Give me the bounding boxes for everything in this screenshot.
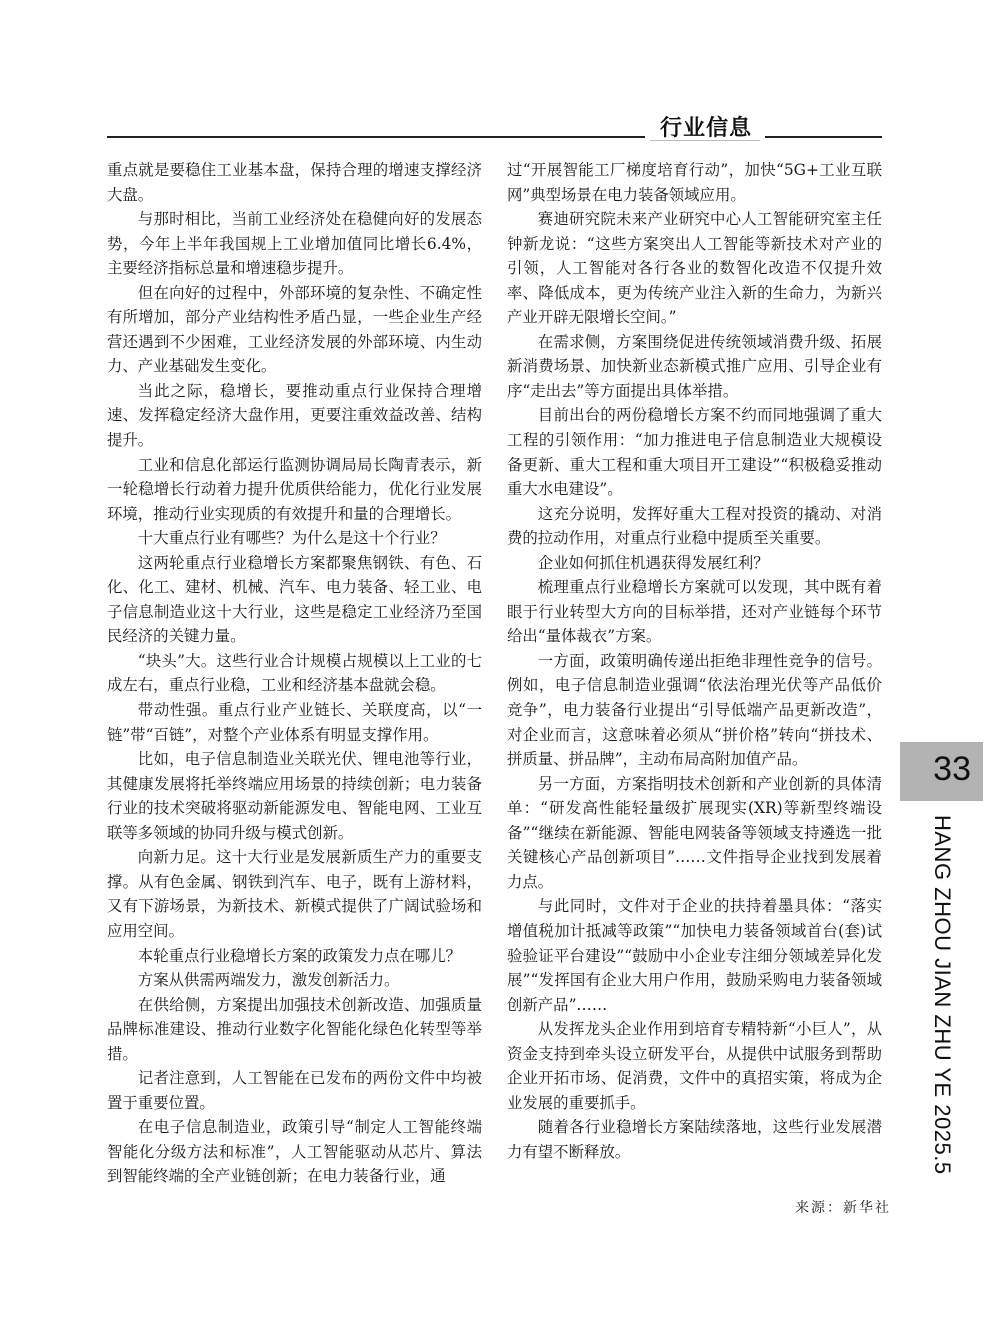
header-title-underline bbox=[650, 140, 760, 141]
page-number: 33 bbox=[933, 750, 971, 789]
article-paragraph: 工业和信息化部运行监测协调局局长陶青表示，新一轮稳增长行动着力提升优质供给能力，… bbox=[107, 453, 482, 527]
article-paragraph: 赛迪研究院未来产业研究中心人工智能研究室主任钟新龙说：“这些方案突出人工智能等新… bbox=[507, 207, 882, 330]
article-paragraph: 随着各行业稳增长方案陆续落地，这些行业发展潜力有望不断释放。 bbox=[507, 1115, 882, 1164]
article-paragraph: 在供给侧，方案提出加强技术创新改造、加强质量品牌标准建设、推动行业数字化智能化绿… bbox=[107, 993, 482, 1067]
article-paragraph: 记者注意到，人工智能在已发布的两份文件中均被置于重要位置。 bbox=[107, 1066, 482, 1115]
article-paragraph: 带动性强。重点行业产业链长、关联度高，以“一链”带“百链”，对整个产业体系有明显… bbox=[107, 698, 482, 747]
header-rule-left bbox=[107, 136, 645, 138]
article-paragraph: 当此之际，稳增长，要推动重点行业保持合理增速、发挥稳定经济大盘作用，更要注重效益… bbox=[107, 379, 482, 453]
article-column-right: 过“开展智能工厂梯度培育行动”，加快“5G+工业互联网”典型场景在电力装备领域应… bbox=[507, 158, 882, 1164]
article-column-left: 重点就是要稳住工业基本盘，保持合理的增速支撑经济大盘。与那时相比，当前工业经济处… bbox=[107, 158, 482, 1189]
header-rule-right bbox=[765, 136, 882, 138]
article-paragraph: 过“开展智能工厂梯度培育行动”，加快“5G+工业互联网”典型场景在电力装备领域应… bbox=[507, 158, 882, 207]
article-paragraph: 这两轮重点行业稳增长方案都聚焦钢铁、有色、石化、化工、建材、机械、汽车、电力装备… bbox=[107, 551, 482, 649]
article-paragraph: 梳理重点行业稳增长方案就可以发现，其中既有着眼于行业转型大方向的目标举措，还对产… bbox=[507, 575, 882, 649]
article-paragraph: 但在向好的过程中，外部环境的复杂性、不确定性有所增加，部分产业结构性矛盾凸显，一… bbox=[107, 281, 482, 379]
section-title: 行业信息 bbox=[660, 111, 752, 142]
article-paragraph: 另一方面，方案指明技术创新和产业创新的具体清单：“研发高性能轻量级扩展现实(XR… bbox=[507, 772, 882, 895]
article-paragraph: 这充分说明，发挥好重大工程对投资的撬动、对消费的拉动作用，对重点行业稳中提质至关… bbox=[507, 502, 882, 551]
article-source: 来源：新华社 bbox=[795, 1197, 891, 1217]
article-paragraph: 本轮重点行业稳增长方案的政策发力点在哪儿？ bbox=[107, 944, 482, 969]
article-paragraph: 目前出台的两份稳增长方案不约而同地强调了重大工程的引领作用：“加力推进电子信息制… bbox=[507, 403, 882, 501]
article-paragraph: “块头”大。这些行业合计规模占规模以上工业的七成左右，重点行业稳，工业和经济基本… bbox=[107, 649, 482, 698]
article-paragraph: 十大重点行业有哪些？为什么是这十个行业？ bbox=[107, 526, 482, 551]
article-paragraph: 从发挥龙头企业作用到培育专精特新“小巨人”，从资金支持到牵头设立研发平台，从提供… bbox=[507, 1017, 882, 1115]
article-paragraph: 在电子信息制造业，政策引导“制定人工智能终端智能化分级方法和标准”，人工智能驱动… bbox=[107, 1115, 482, 1189]
article-paragraph: 比如，电子信息制造业关联光伏、锂电池等行业，其健康发展将托举终端应用场景的持续创… bbox=[107, 747, 482, 845]
article-paragraph: 企业如何抓住机遇获得发展红利？ bbox=[507, 551, 882, 576]
magazine-title-vertical: HANG ZHOU JIAN ZHU YE 2025.5 bbox=[925, 815, 955, 1175]
article-paragraph: 与此同时，文件对于企业的扶持着墨具体：“落实增值税加计抵减等政策”“加快电力装备… bbox=[507, 894, 882, 1017]
article-paragraph: 方案从供需两端发力，激发创新活力。 bbox=[107, 968, 482, 993]
article-paragraph: 向新力足。这十大行业是发展新质生产力的重要支撑。从有色金属、钢铁到汽车、电子，既… bbox=[107, 845, 482, 943]
article-paragraph: 与那时相比，当前工业经济处在稳健向好的发展态势，今年上半年我国规上工业增加值同比… bbox=[107, 207, 482, 281]
article-paragraph: 重点就是要稳住工业基本盘，保持合理的增速支撑经济大盘。 bbox=[107, 158, 482, 207]
article-paragraph: 一方面，政策明确传递出拒绝非理性竞争的信号。例如，电子信息制造业强调“依法治理光… bbox=[507, 649, 882, 772]
article-paragraph: 在需求侧，方案围绕促进传统领域消费升级、拓展新消费场景、加快新业态新模式推广应用… bbox=[507, 330, 882, 404]
page-number-box: 33 bbox=[900, 742, 983, 801]
